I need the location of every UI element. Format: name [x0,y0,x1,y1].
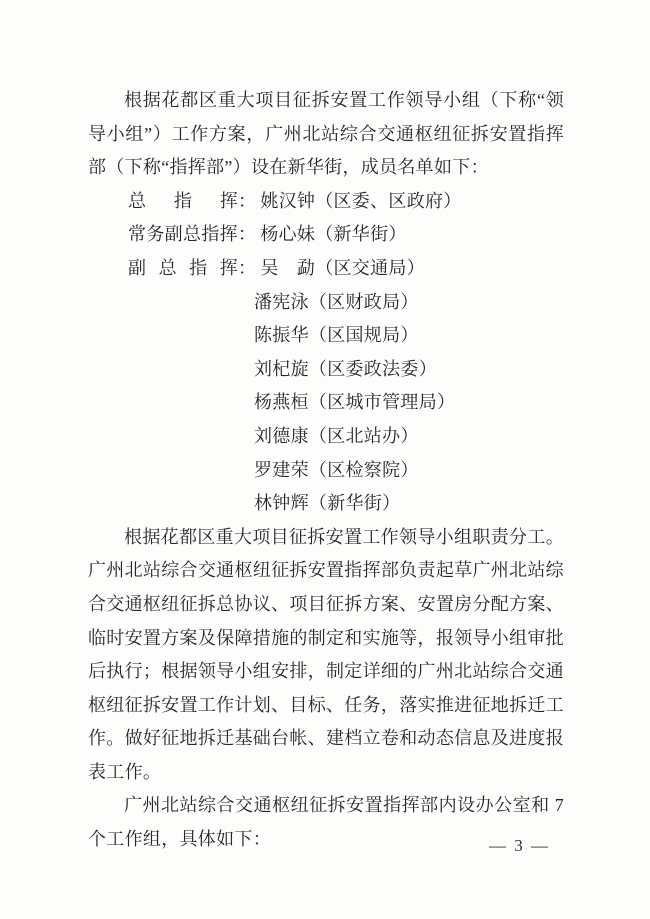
member-name: 刘德康（区北站办） [254,420,419,454]
role-colon: ： [238,218,256,252]
roster-line: 罗建荣（区检察院） [250,454,564,488]
roster-line: 杨燕桓（区城市管理局） [250,386,564,420]
roster-line: 副总指挥：吴 勐（区交通局） [128,252,564,286]
roster-line: 刘杞旋（区委政法委） [250,353,564,387]
roster-line: 常务副总指挥：杨心妹（新华街） [128,218,564,252]
member-name: 刘杞旋（区委政法委） [254,353,437,387]
member-name: 杨心妹（新华街） [260,218,406,252]
role-label: 常务副总指挥 [128,218,238,252]
roster-line: 总指挥：姚汉钟（区委、区政府） [128,185,564,219]
role-label: 总指挥 [128,185,238,219]
document-body: 根据花都区重大项目征拆安置工作领导小组（下称“领导小组”）工作方案，广州北站综合… [88,84,564,857]
role-colon: ： [238,252,256,286]
member-name: 姚汉钟（区委、区政府） [260,185,461,219]
paragraph-duties: 根据花都区重大项目征拆安置工作领导小组职责分工。广州北站综合交通枢纽征拆安置指挥… [88,521,564,790]
member-name: 罗建荣（区检察院） [254,454,419,488]
document-page: 根据花都区重大项目征拆安置工作领导小组（下称“领导小组”）工作方案，广州北站综合… [0,0,650,919]
roster-line: 林钟辉（新华街） [250,487,564,521]
paragraph-intro: 根据花都区重大项目征拆安置工作领导小组（下称“领导小组”）工作方案，广州北站综合… [88,84,564,185]
roster-line: 潘宪泳（区财政局） [250,286,564,320]
roster-line: 刘德康（区北站办） [250,420,564,454]
member-name: 潘宪泳（区财政局） [254,286,419,320]
page-number: — 3 — [489,836,550,856]
member-name: 吴 勐（区交通局） [260,252,425,286]
roster-line: 陈振华（区国规局） [250,319,564,353]
member-name: 林钟辉（新华街） [254,487,400,521]
member-name: 杨燕桓（区城市管理局） [254,386,455,420]
role-colon: ： [238,185,256,219]
role-label: 副总指挥 [128,252,238,286]
member-name: 陈振华（区国规局） [254,319,419,353]
